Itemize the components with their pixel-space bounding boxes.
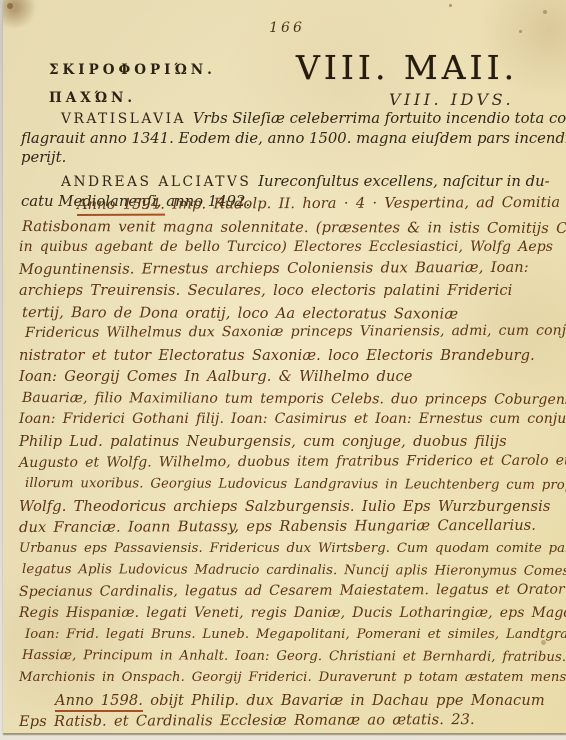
date-heading: VIII. MAII. xyxy=(296,48,518,87)
manuscript-line: Philip Lud. palatinus Neuburgensis, cum … xyxy=(19,433,566,455)
paper-stain xyxy=(449,4,452,7)
manuscript-line: Bauariæ, filio Maximiliano tum temporis … xyxy=(22,390,566,413)
manuscript-line: nistrator et tutor Electoratus Saxoniæ. … xyxy=(19,347,566,369)
paper-stain xyxy=(519,30,522,33)
page-number: 166 xyxy=(256,20,318,36)
manuscript-line: Moguntinensis. Ernestus archieps Colonie… xyxy=(19,258,566,282)
manuscript-line: Regis Hispaniæ. legati Veneti, regis Dan… xyxy=(19,605,566,627)
printed-lead-caps: VRATISLAVIA xyxy=(61,111,193,127)
manuscript-line: Anno 1594. Imp. Rudolp. II. hora · 4 · V… xyxy=(77,194,566,218)
manuscript-line: Eps Ratisb. et Cardinalis Ecclesiæ Roman… xyxy=(19,711,566,733)
manuscript-line: Ratisbonam venit magna solennitate. (præ… xyxy=(22,218,566,241)
manuscript-line: Ioan: Frid. legati Bruns. Luneb. Megapol… xyxy=(25,627,566,649)
manuscript-line: Ioan: Georgij Comes In Aalburg. & Wilhel… xyxy=(19,368,566,390)
handwritten-annotations: Anno 1594. Imp. Rudolp. II. hora · 4 · V… xyxy=(19,196,566,733)
manuscript-line: Augusto et Wolfg. Wilhelmo, duobus item … xyxy=(19,452,566,476)
manuscript-line: archieps Treuirensis. Seculares, loco el… xyxy=(19,282,566,304)
greek-month-label-pachon: ΠΑΧΏΝ. xyxy=(49,90,136,106)
manuscript-line: Marchionis in Onspach. Georgij Friderici… xyxy=(19,670,566,692)
underlined-year-heading: Anno 1594. xyxy=(77,196,165,216)
manuscript-line: Urbanus eps Passaviensis. Fridericus dux… xyxy=(19,541,566,563)
manuscript-line: Hassiæ, Principum in Anhalt. Ioan: Georg… xyxy=(22,648,566,671)
printed-line: ANDREAS ALCIATVS Iureconſultus excellens… xyxy=(61,172,555,192)
printed-line: perijt. xyxy=(21,148,555,167)
paper-stain xyxy=(543,10,547,14)
manuscript-line: Ioan: Friderici Gothani filij. Ioan: Cas… xyxy=(19,411,566,433)
date-subheading: VIII. IDVS. xyxy=(389,90,514,109)
underlined-year-heading: Anno 1598. xyxy=(55,692,143,712)
printed-line: flagrauit anno 1341. Eodem die, anno 150… xyxy=(21,129,555,148)
manuscript-page: 166 ΣΚΙΡΟΦΟΡΙΏΝ. ΠΑΧΏΝ. VIII. MAII. VIII… xyxy=(3,0,566,733)
printed-line: VRATISLAVIA Vrbs Sileſiæ celeberrima for… xyxy=(61,109,555,129)
manuscript-line: illorum uxoribus. Georgius Ludovicus Lan… xyxy=(25,476,566,499)
printed-lead-caps: ANDREAS ALCIATVS xyxy=(61,174,258,190)
manuscript-line: dux Franciæ. Ioann Butassy, eps Rabensis… xyxy=(19,517,566,541)
manuscript-line: Anno 1598. obijt Philip. dux Bavariæ in … xyxy=(55,692,566,714)
manuscript-line: Specianus Cardinalis, legatus ad Cesarem… xyxy=(19,581,566,605)
manuscript-line: in quibus agebant de bello Turcico) Elec… xyxy=(19,239,566,261)
printed-paragraph-wratislavia: VRATISLAVIA Vrbs Sileſiæ celeberrima for… xyxy=(21,109,555,167)
paper-stain xyxy=(7,3,13,9)
manuscript-line: Fridericus Wilhelmus dux Saxoniæ princep… xyxy=(25,323,566,347)
greek-month-label-skirophorion: ΣΚΙΡΟΦΟΡΙΏΝ. xyxy=(49,62,216,78)
